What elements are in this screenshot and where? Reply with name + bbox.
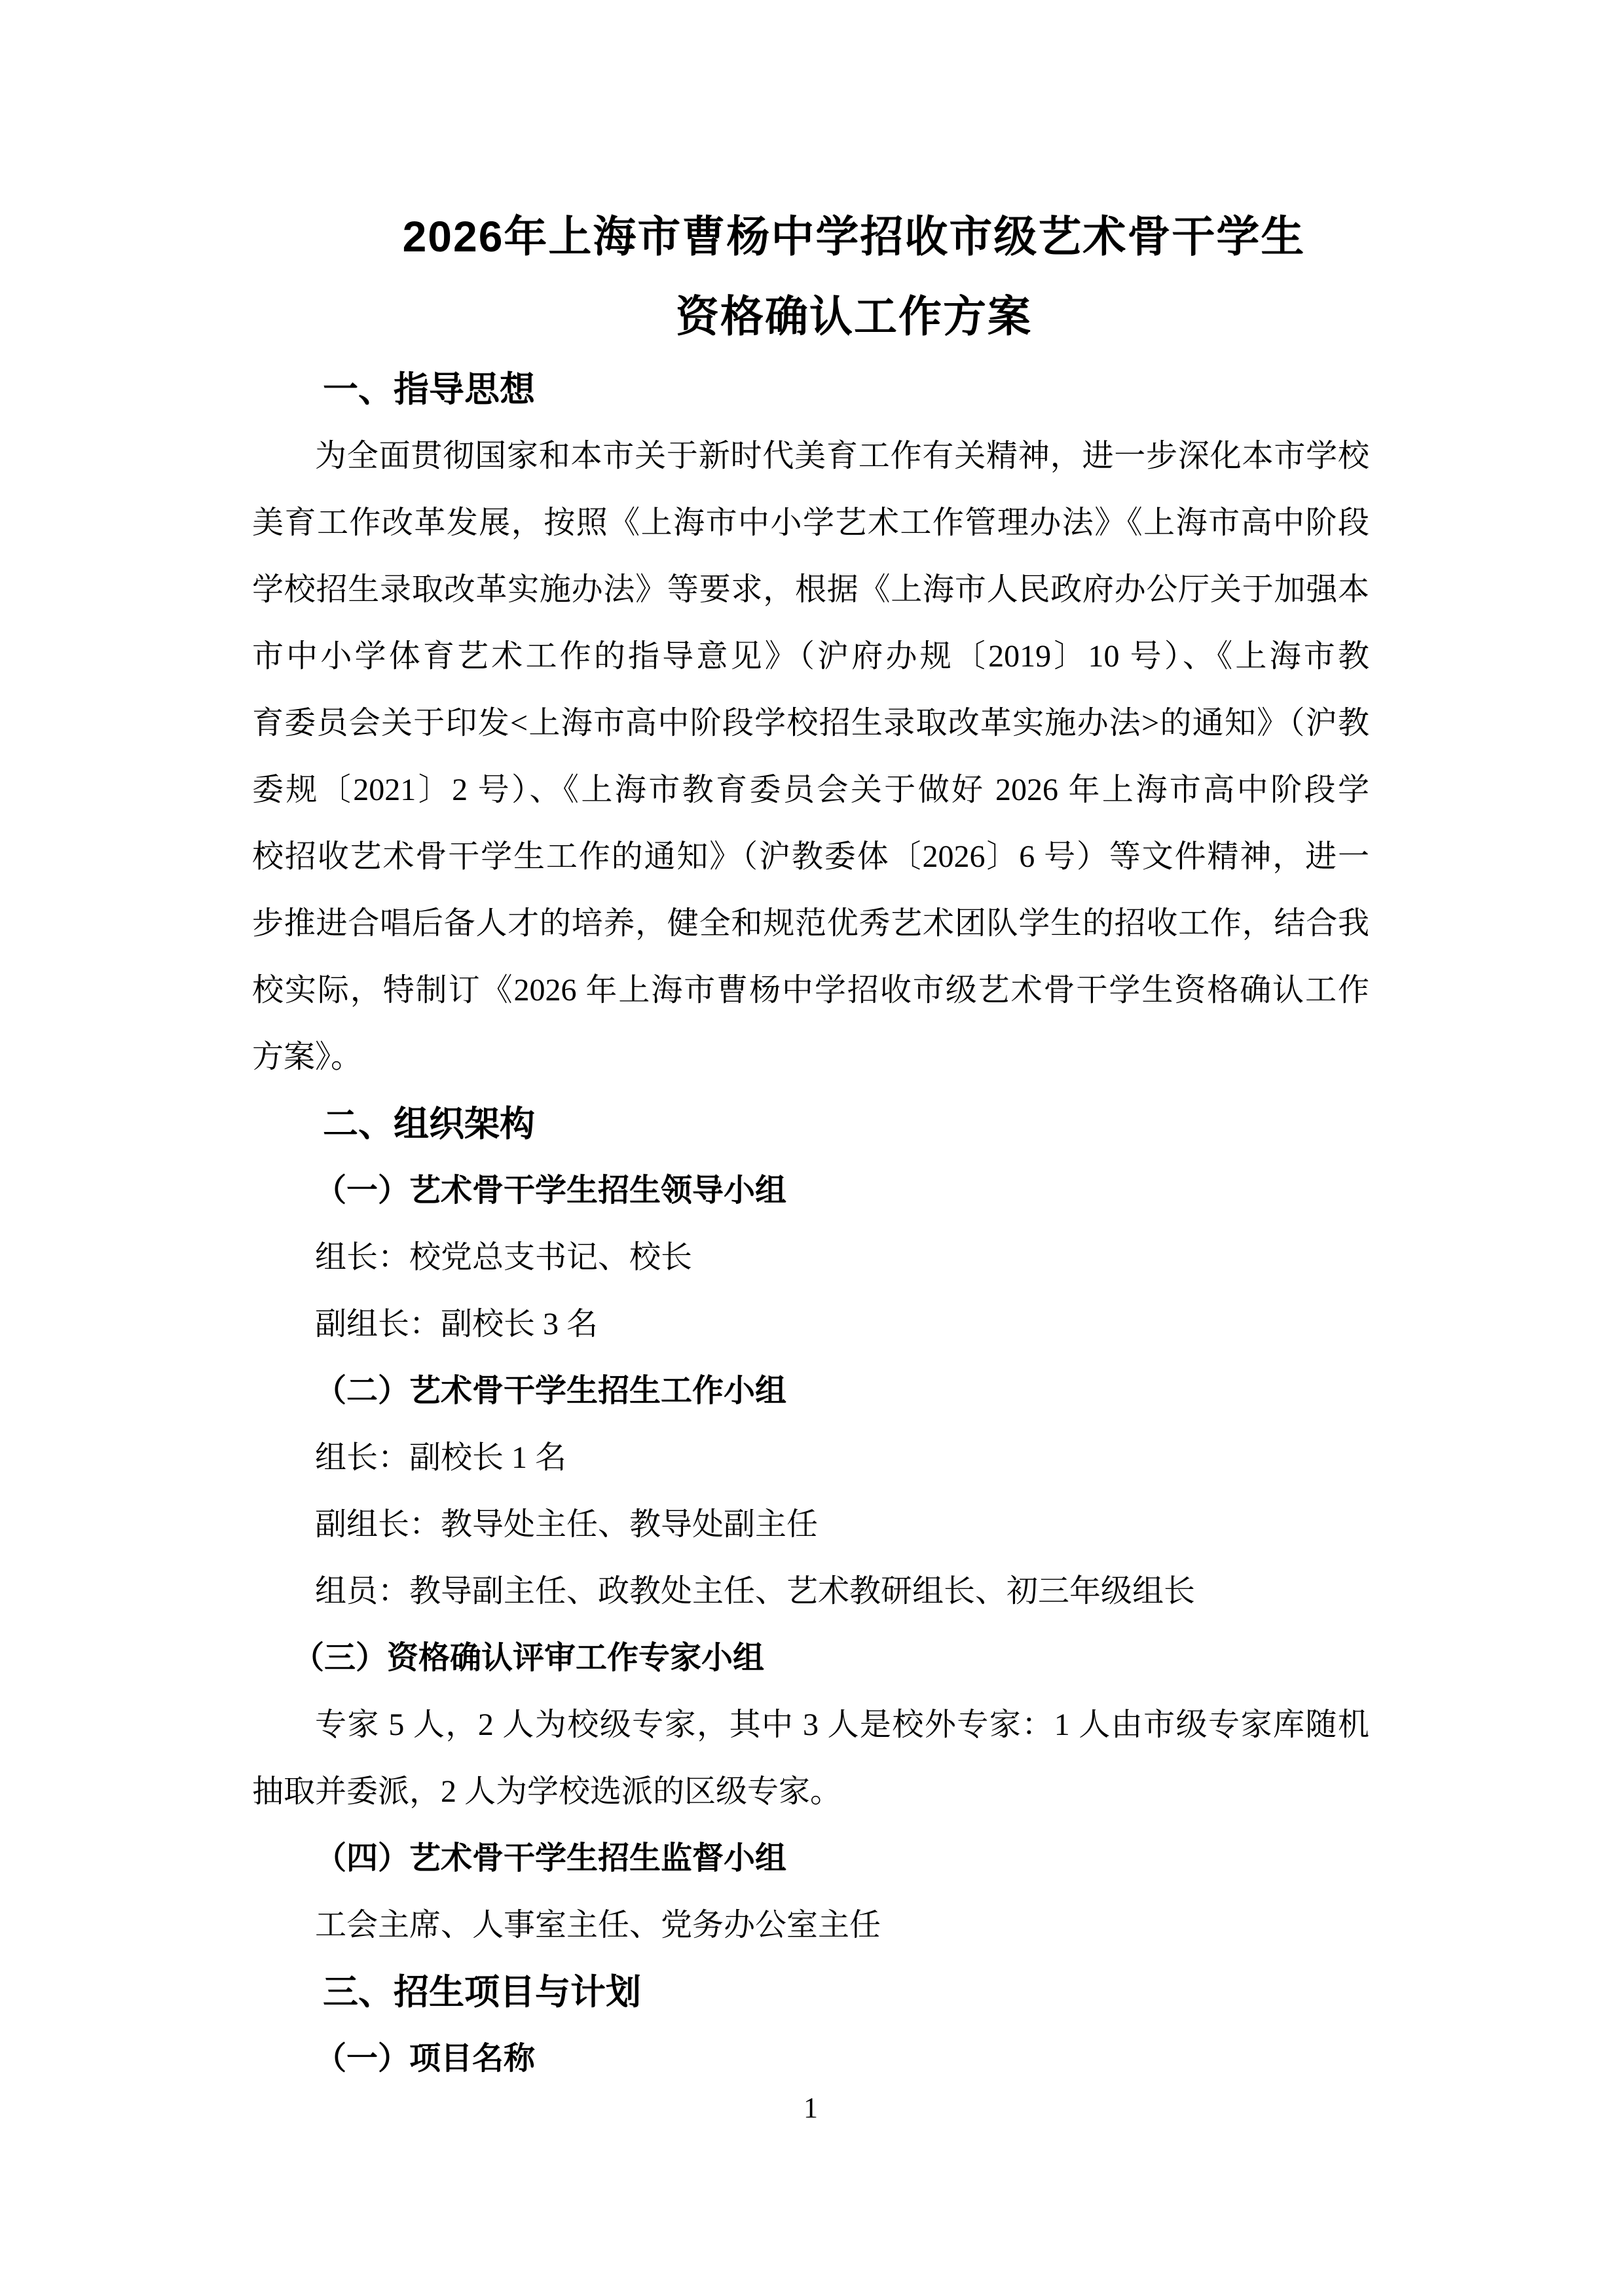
body-line: 组员：教导副主任、政教处主任、艺术教研组长、初三年级组长: [252, 1558, 1369, 1625]
body-line: 委规〔2021〕2 号）、《上海市教育委员会关于做好 2026 年上海市高中阶段…: [252, 757, 1369, 824]
body-line: 副组长：副校长 3 名: [252, 1291, 1369, 1358]
document-page: 2026年上海市曹杨中学招收市级艺术骨干学生 资格确认工作方案 一、指导思想 为…: [0, 0, 1624, 2296]
body-line: 校实际，特制订《2026 年上海市曹杨中学招收市级艺术骨干学生资格确认工作: [252, 957, 1369, 1024]
body-line: 美育工作改革发展，按照《上海市中小学艺术工作管理办法》《上海市高中阶段: [252, 490, 1369, 556]
subsection-heading-1: （一）艺术骨干学生招生领导小组: [252, 1157, 1369, 1224]
body-line: 工会主席、人事室主任、党务办公室主任: [252, 1892, 1369, 1959]
subsection-heading-4: （四）艺术骨干学生招生监督小组: [252, 1825, 1369, 1892]
body-line: 学校招生录取改革实施办法》等要求，根据《上海市人民政府办公厅关于加强本: [252, 556, 1369, 623]
subsection-heading-2: （二）艺术骨干学生招生工作小组: [252, 1358, 1369, 1425]
body-line: 专家 5 人，2 人为校级专家，其中 3 人是校外专家：1 人由市级专家库随机: [252, 1692, 1369, 1758]
document-title-line-2: 资格确认工作方案: [252, 276, 1369, 356]
body-line: 校招收艺术骨干学生工作的通知》（沪教委体〔2026〕6 号）等文件精神，进一: [252, 824, 1369, 890]
section-heading-2: 二、组织架构: [252, 1091, 1369, 1157]
page-number: 1: [252, 2088, 1369, 2128]
body-line: 步推进合唱后备人才的培养，健全和规范优秀艺术团队学生的招收工作，结合我: [252, 890, 1369, 957]
subsection-heading-5: （一）项目名称: [252, 2026, 1369, 2092]
body-line: 为全面贯彻国家和本市关于新时代美育工作有关精神，进一步深化本市学校: [252, 423, 1369, 490]
document-body: 2026年上海市曹杨中学招收市级艺术骨干学生 资格确认工作方案 一、指导思想 为…: [252, 196, 1369, 2092]
body-line: 抽取并委派，2 人为学校选派的区级专家。: [252, 1758, 1369, 1825]
body-line: 育委员会关于印发<上海市高中阶段学校招生录取改革实施办法>的通知》（沪教: [252, 690, 1369, 757]
body-line: 方案》。: [252, 1024, 1369, 1091]
body-line: 组长：副校长 1 名: [252, 1425, 1369, 1491]
document-title-line-1: 2026年上海市曹杨中学招收市级艺术骨干学生: [252, 196, 1369, 276]
subsection-heading-3: （三）资格确认评审工作专家小组: [252, 1625, 1369, 1692]
section-heading-1: 一、指导思想: [252, 356, 1369, 423]
section-heading-3: 三、招生项目与计划: [252, 1959, 1369, 2026]
body-line: 组长：校党总支书记、校长: [252, 1224, 1369, 1291]
body-line: 市中小学体育艺术工作的指导意见》（沪府办规〔2019〕10 号）、《上海市教: [252, 623, 1369, 690]
body-line: 副组长：教导处主任、教导处副主任: [252, 1491, 1369, 1558]
